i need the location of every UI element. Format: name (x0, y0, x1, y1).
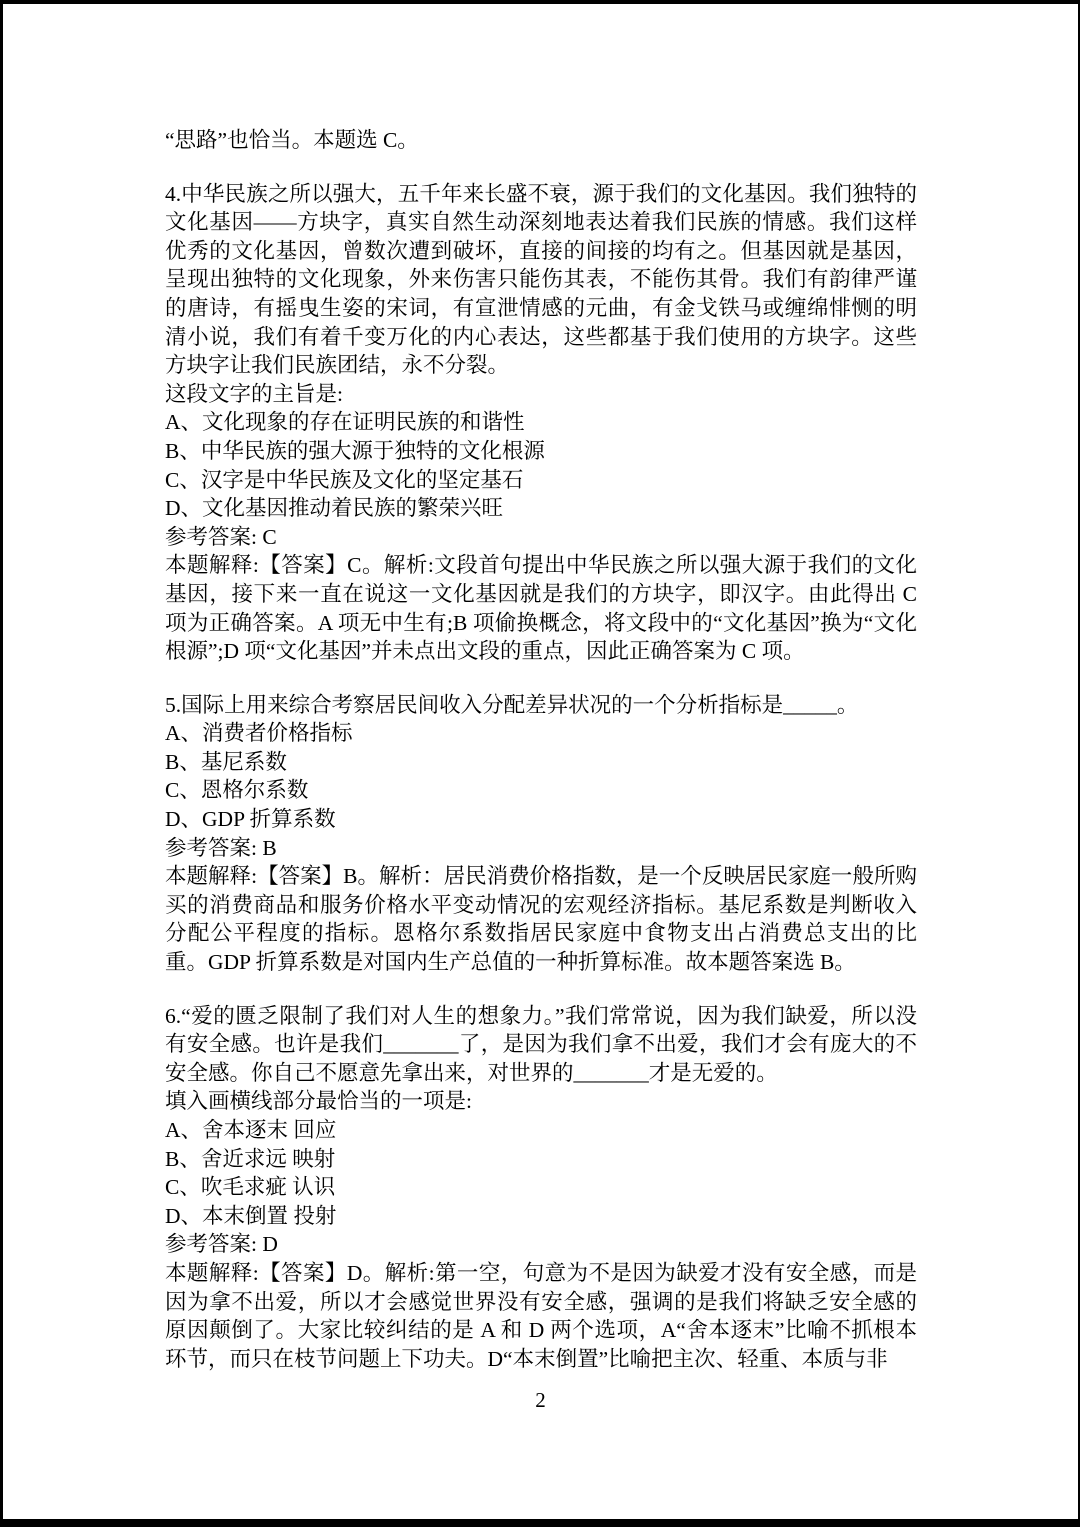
question-4: 4.中华民族之所以强大，五千年来长盛不衰，源于我们的文化基因。我们独特的文化基因… (165, 180, 917, 666)
question-5-explanation: 本题解释:【答案】B。解析：居民消费价格指数，是一个反映居民家庭一般所购买的消费… (165, 862, 917, 976)
question-4-option-d: D、文化基因推动着民族的繁荣兴旺 (165, 494, 917, 523)
document-page: “思路”也恰当。本题选 C。 4.中华民族之所以强大，五千年来长盛不衰，源于我们… (0, 0, 1080, 1527)
question-5-option-d: D、GDP 折算系数 (165, 805, 917, 834)
question-6-option-a: A、舍本逐末 回应 (165, 1116, 917, 1145)
question-5-option-b: B、基尼系数 (165, 748, 917, 777)
question-6-answer: 参考答案: D (165, 1230, 917, 1259)
question-6-prompt: 填入画横线部分最恰当的一项是: (165, 1087, 917, 1116)
question-6-stem: 6.“爱的匮乏限制了我们对人生的想象力。”我们常常说，因为我们缺爱，所以没有安全… (165, 1002, 917, 1088)
carryover-explanation-text: “思路”也恰当。本题选 C。 (165, 126, 917, 155)
question-6-option-d: D、本末倒置 投射 (165, 1202, 917, 1231)
question-5-answer: 参考答案: B (165, 834, 917, 863)
question-4-option-c: C、汉字是中华民族及文化的坚定基石 (165, 466, 917, 495)
question-6-explanation: 本题解释:【答案】D。解析:第一空，句意为不是因为缺爱才没有安全感，而是因为拿不… (165, 1259, 917, 1373)
question-4-option-a: A、文化现象的存在证明民族的和谐性 (165, 408, 917, 437)
page-number: 2 (3, 1388, 1078, 1412)
question-6-option-b: B、舍近求远 映射 (165, 1145, 917, 1174)
question-4-answer: 参考答案: C (165, 523, 917, 552)
question-5-option-a: A、消费者价格指标 (165, 719, 917, 748)
question-6-option-c: C、吹毛求疵 认识 (165, 1173, 917, 1202)
question-4-stem: 4.中华民族之所以强大，五千年来长盛不衰，源于我们的文化基因。我们独特的文化基因… (165, 180, 917, 380)
question-4-prompt: 这段文字的主旨是: (165, 380, 917, 409)
question-4-option-b: B、中华民族的强大源于独特的文化根源 (165, 437, 917, 466)
question-5-option-c: C、恩格尔系数 (165, 776, 917, 805)
question-5: 5.国际上用来综合考察居民间收入分配差异状况的一个分析指标是_____。 A、消… (165, 691, 917, 977)
question-5-stem: 5.国际上用来综合考察居民间收入分配差异状况的一个分析指标是_____。 (165, 691, 917, 720)
document-content: “思路”也恰当。本题选 C。 4.中华民族之所以强大，五千年来长盛不衰，源于我们… (165, 126, 917, 1373)
question-6: 6.“爱的匮乏限制了我们对人生的想象力。”我们常常说，因为我们缺爱，所以没有安全… (165, 1002, 917, 1374)
question-4-explanation: 本题解释:【答案】C。解析:文段首句提出中华民族之所以强大源于我们的文化基因，接… (165, 551, 917, 665)
